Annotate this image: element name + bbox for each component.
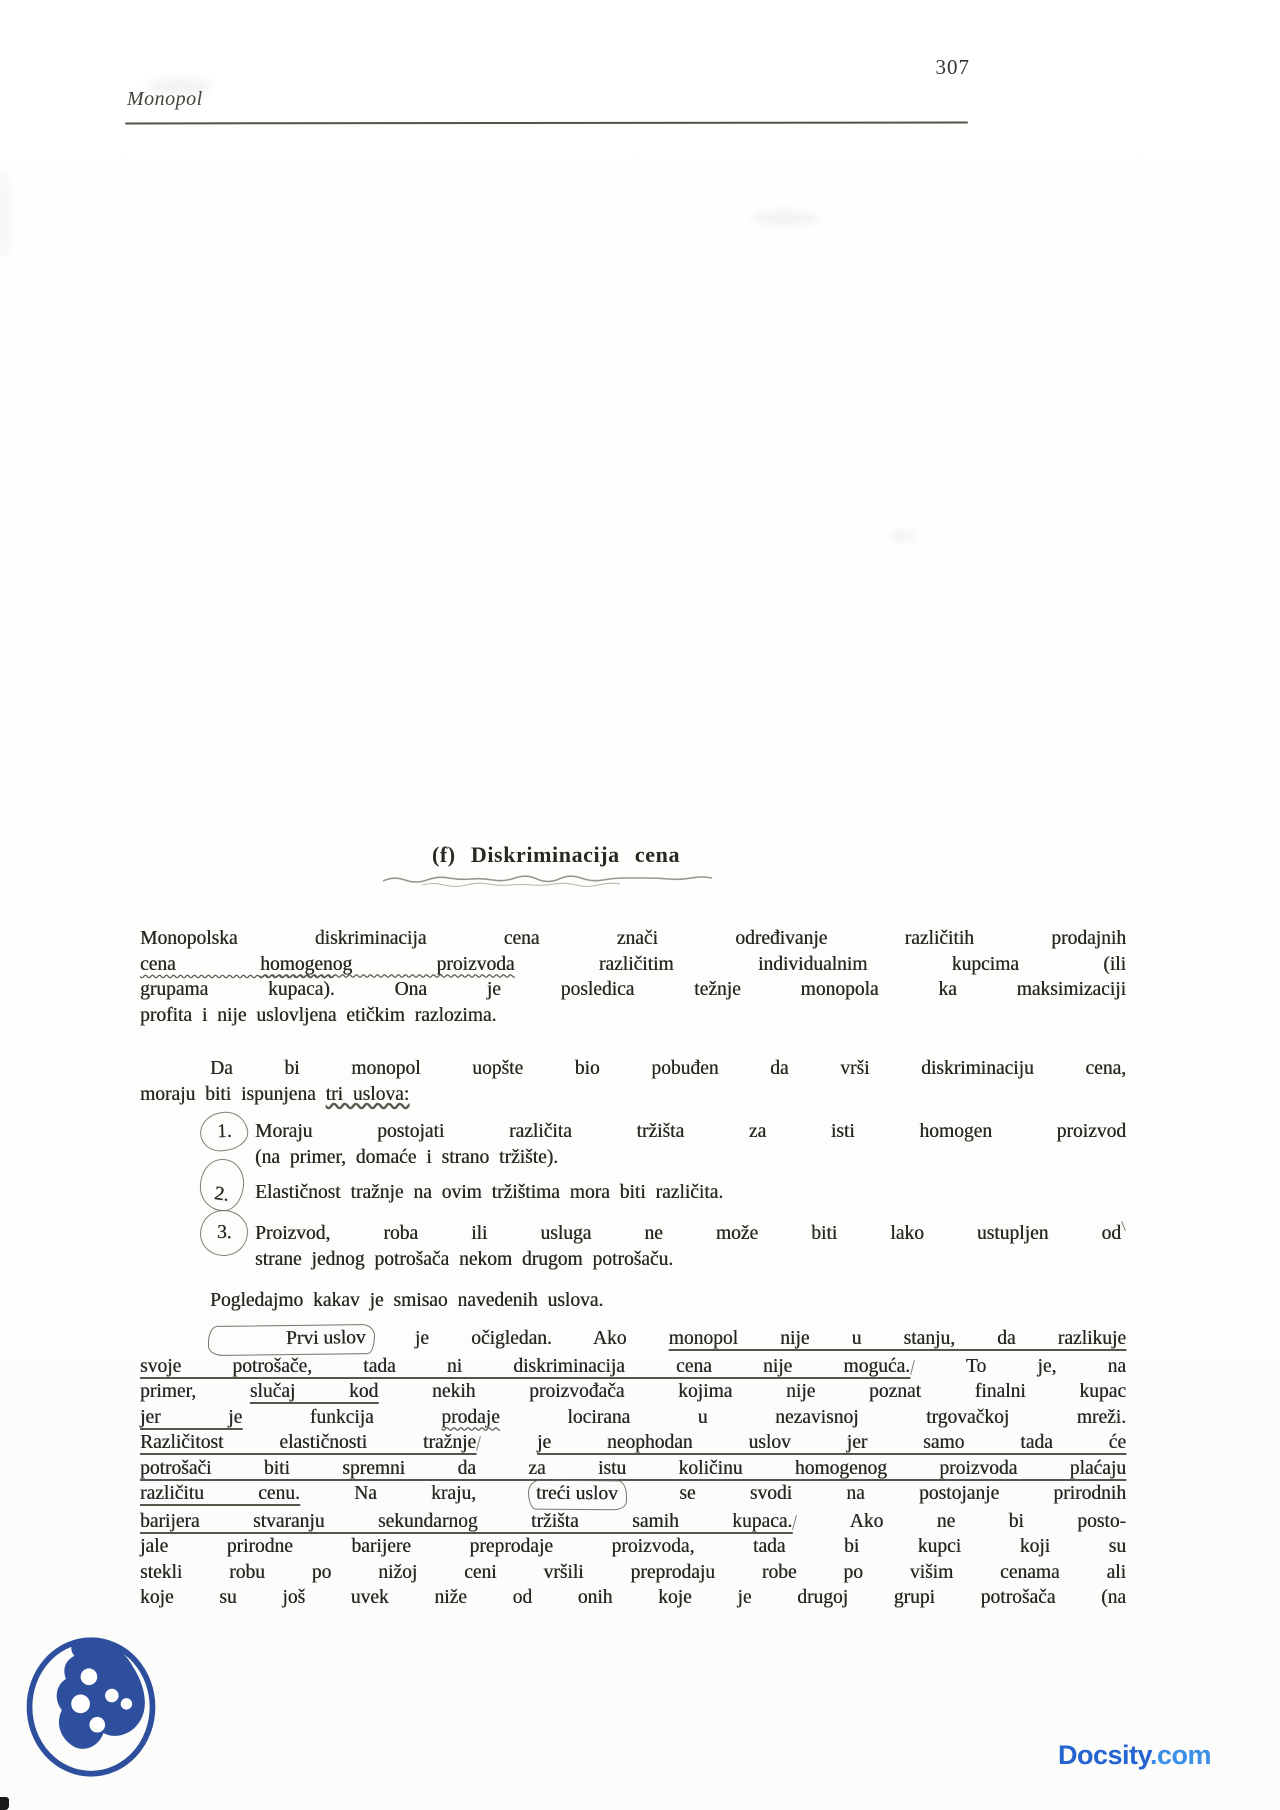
condition-number: 3. xyxy=(216,1220,231,1246)
text-line: Različitost elastičnosti tražnje je neop… xyxy=(140,1430,1126,1456)
text-line: grupama kupaca). Ona je posledica težnje… xyxy=(140,977,1126,1003)
text-line: (na primer, domaće i strano tržište). xyxy=(255,1145,1126,1171)
text-segment: locirana u nezavisnoj trgovačkoj mreži. xyxy=(500,1407,1126,1428)
pencil-underlined-text: slučaj kod xyxy=(250,1381,378,1402)
text-line: Da bi monopol uopšte bio pobuđen da vrši… xyxy=(140,1056,1126,1082)
text-segment: Ako ne bi posto- xyxy=(797,1511,1126,1532)
text-segment: nekih proizvođača kojima nije poznat fin… xyxy=(378,1381,1126,1402)
text-line: Elastičnost tražnje na ovim tržištima mo… xyxy=(255,1180,1126,1206)
pencil-boxed-text: treći uslov xyxy=(528,1480,627,1510)
text-line: potrošači biti spremni da za istu količi… xyxy=(140,1456,1126,1482)
text-line: profita i nije uslovljena etičkim razloz… xyxy=(140,1003,1126,1029)
text-line: Moraju postojati različita tržišta za is… xyxy=(255,1119,1126,1145)
condition-item-1: 1. Moraju postojati različita tržišta za… xyxy=(140,1119,1126,1170)
text-segment: Na kraju, xyxy=(300,1483,530,1504)
pencil-underlined-text: monopol nije u stanju, da razlikuje xyxy=(669,1328,1126,1349)
condition-number: 1. xyxy=(216,1119,232,1145)
pencil-circled-number: 1. xyxy=(198,1110,250,1154)
pencil-tick-mark xyxy=(476,1436,481,1451)
text-segment: je očigledan. Ako xyxy=(373,1328,669,1349)
text-line: Proizvod, roba ili usluga ne može biti l… xyxy=(255,1221,1126,1247)
pencil-underlined-text: svoje potrošače, tada ni diskriminacija … xyxy=(140,1356,910,1377)
page-number: 307 xyxy=(900,55,970,80)
pencil-underlined-text: homogenog proizvoda xyxy=(260,954,514,975)
text-segment: To je, na xyxy=(915,1356,1126,1377)
text-line: Monopolska diskriminacija cena znači odr… xyxy=(140,926,1126,952)
scan-smudge xyxy=(148,78,212,96)
pencil-underlined-text: tri uslova: xyxy=(326,1084,410,1105)
section-heading: (f) Diskriminacija cena xyxy=(0,842,1112,868)
text-line: moraju biti ispunjena tri uslova: xyxy=(140,1082,1126,1108)
pencil-underlined-text: je neophodan uslov jer samo tada će xyxy=(537,1432,1126,1453)
text-line: barijera stvaranju sekundarnog tržišta s… xyxy=(140,1509,1126,1535)
text-line: strane jednog potrošača nekom drugom pot… xyxy=(255,1247,1126,1273)
pencil-underlined-text: potrošači biti spremni da za istu količi… xyxy=(140,1458,1126,1479)
text-segment: se svodi na postojanje prirodnih xyxy=(625,1483,1126,1504)
text-line: Pogledajmo kakav je smisao navedenih usl… xyxy=(140,1288,1126,1314)
scanned-page: Monopol 307 (f) Diskriminacija cena Mono… xyxy=(0,0,1280,1810)
text-line: koje su još uvek niže od onih koje je dr… xyxy=(140,1585,1126,1611)
text-line: jer je funkcija prodaje locirana u nezav… xyxy=(140,1405,1126,1431)
pencil-overlined-text: grupama kupaca). xyxy=(140,979,335,1000)
text-segment: Proizvod, roba ili usluga ne može biti l… xyxy=(255,1223,1121,1244)
pencil-tick-mark xyxy=(1121,1221,1126,1231)
section-heading-text: (f) Diskriminacija cena xyxy=(432,842,680,867)
pencil-underlined-text: prodaje xyxy=(441,1407,499,1428)
paragraph-three-conditions: Da bi monopol uopšte bio pobuđen da vrši… xyxy=(140,1056,1126,1107)
header-rule xyxy=(125,122,968,125)
scan-smudge xyxy=(890,530,916,542)
pencil-circled-number: 3. xyxy=(199,1209,249,1257)
text-segment: moraju biti ispunjena xyxy=(140,1084,326,1105)
text-segment: primer, xyxy=(140,1381,250,1402)
pencil-underlined-text: jer je xyxy=(140,1407,242,1428)
docsity-suffix-text: .com xyxy=(1150,1740,1211,1770)
paragraph-intro: Monopolska diskriminacija cena znači odr… xyxy=(140,926,1126,1028)
text-line: Prvi uslov je očigledan. Ako monopol nij… xyxy=(140,1326,1126,1354)
text-line: primer, slučaj kod nekih proizvođača koj… xyxy=(140,1379,1126,1405)
docsity-link[interactable]: Docsity.com xyxy=(1058,1740,1211,1771)
pencil-underlined-text: različitu cenu. xyxy=(140,1483,300,1504)
text-segment: Ona je posledica težnje monopola ka maks… xyxy=(335,979,1126,1000)
pencil-underlined-text: barijera stvaranju sekundarnog tržišta s… xyxy=(140,1511,792,1532)
text-segment: različitim individualnim kupcima (ili xyxy=(515,954,1127,975)
condition-number: 2. xyxy=(212,1181,230,1208)
text-line: svoje potrošače, tada ni diskriminacija … xyxy=(140,1354,1126,1380)
text-line: različitu cenu. Na kraju, treći uslov se… xyxy=(140,1481,1126,1509)
paragraph-lead-in: Pogledajmo kakav je smisao navedenih usl… xyxy=(140,1288,1126,1314)
docsity-brand-text: Docsity xyxy=(1058,1740,1150,1770)
heading-underline-mark xyxy=(380,874,716,890)
ocarina-icon xyxy=(22,1633,160,1781)
text-segment: cena xyxy=(140,954,260,975)
text-line: stekli robu po nižoj ceni vršili preprod… xyxy=(140,1560,1126,1586)
scan-smudge xyxy=(0,170,10,260)
text-segment: funkcija xyxy=(242,1407,441,1428)
text-line: jale prirodne barijere preprodaje proizv… xyxy=(140,1534,1126,1560)
text-line: cena homogenog proizvoda različitim indi… xyxy=(140,952,1126,978)
condition-item-2: 2. Elastičnost tražnje na ovim tržištima… xyxy=(140,1180,1126,1206)
docsity-logo xyxy=(22,1633,160,1786)
scan-edge-mark xyxy=(0,1797,9,1810)
condition-item-3: 3. Proizvod, roba ili usluga ne može bit… xyxy=(140,1221,1126,1272)
pencil-boxed-text: Prvi uslov xyxy=(208,1324,375,1356)
paragraph-discussion: Prvi uslov je očigledan. Ako monopol nij… xyxy=(140,1326,1126,1611)
pencil-underlined-text: Različitost elastičnosti tražnje xyxy=(140,1432,476,1453)
scan-smudge xyxy=(750,210,820,226)
